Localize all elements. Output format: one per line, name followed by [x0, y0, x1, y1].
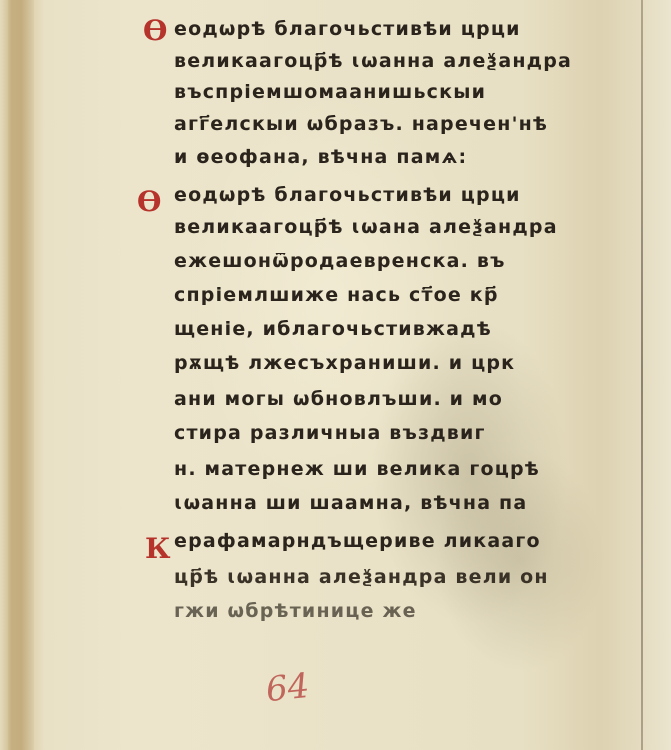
text-line: спрiемлшиже нась ст҃ое кр҃ [174, 284, 499, 306]
manuscript-text: Ѳ еодѡрѣ благочьстивѣи црци великаагоцр҃… [0, 0, 671, 750]
rubric-initial-fita-2: Ѳ [137, 185, 161, 218]
text-line: еодѡрѣ благочьстивѣи црци [174, 18, 521, 40]
text-line: щенiе, иблагочьстивжадѣ [174, 318, 492, 340]
text-line: рѫщѣ лжесъхраниши. и црк [174, 352, 515, 374]
text-line: ани могы ѡбновлъши. и мо [174, 388, 503, 410]
text-line: ерафамарндъщериве ликааго [174, 530, 541, 552]
manuscript-page: Ѳ еодѡрѣ благочьстивѣи црци великаагоцр҃… [0, 0, 671, 750]
rubric-initial-fita-1: Ѳ [143, 14, 167, 47]
text-line: ежешонѿродаеврeнска. въ [174, 250, 506, 272]
text-line: великаагоцр҃ѣ ꙇѡанна алеѯандра [174, 50, 572, 72]
rubric-initial-ka: К [145, 532, 170, 565]
text-line: гжи ѡбрѣтинице же [174, 600, 417, 622]
text-line: еодѡрѣ благочьстивѣи црци [174, 184, 521, 206]
text-line: ꙇѡанна ши шаамна, вѣчна па [174, 492, 527, 514]
folio-number: 64 [264, 666, 311, 710]
text-line: стира различныа въздвиг [174, 422, 486, 444]
text-line: цр҃ѣ ꙇѡанна алеѯандра вели он [174, 566, 549, 588]
text-line: въспрiемшомаанишьскыи [174, 81, 486, 103]
text-line: великаагоцр҃ѣ ꙇѡана алеѯандра [174, 216, 558, 238]
text-line: н. матернеж ши велика гоцрѣ [174, 458, 540, 480]
text-line: и ѳеофана, вѣчна памѧ: [174, 146, 467, 168]
text-line: агг҃елскыи ѡбразъ. нарeчен'нѣ [174, 113, 548, 135]
